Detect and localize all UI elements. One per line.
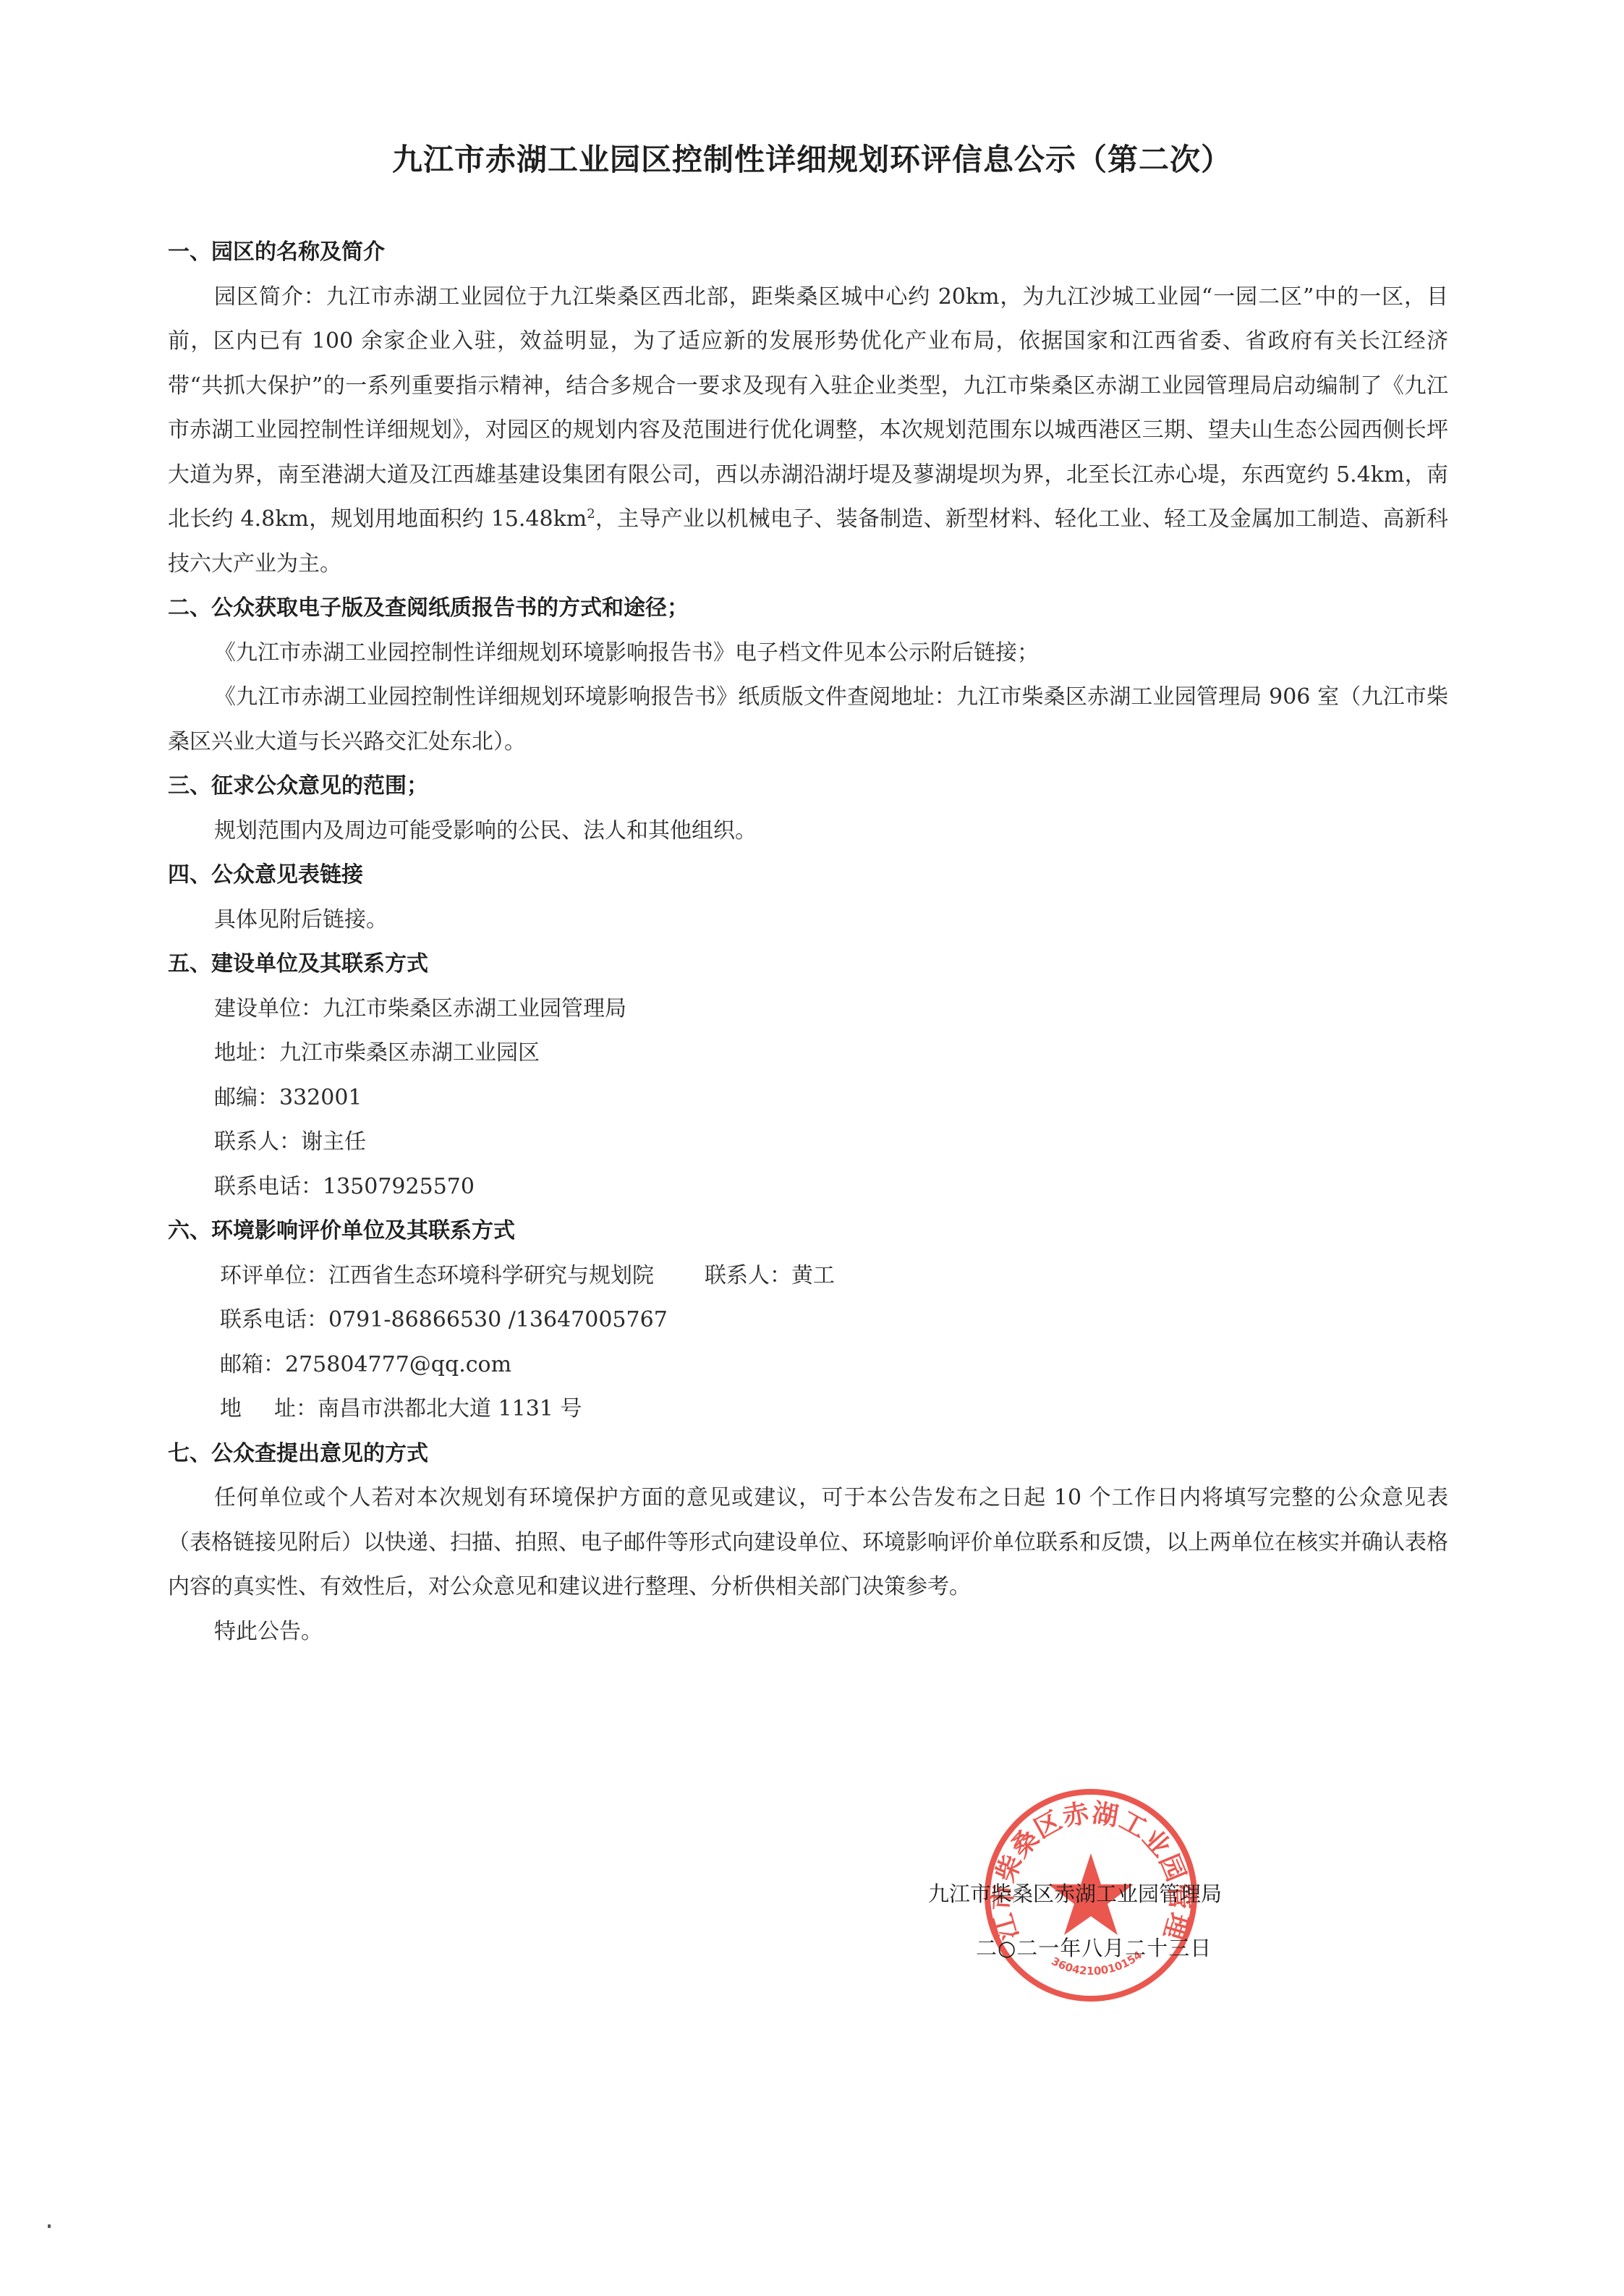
eia-unit-line: 环评单位：江西省生态环境科学研究与规划院联系人：黄工 [168, 1254, 1448, 1298]
feedback-paragraph: 任何单位或个人若对本次规划有环境保护方面的意见或建议，可于本公告发布之日起 10… [168, 1476, 1448, 1610]
eia-unit: 环评单位：江西省生态环境科学研究与规划院 [220, 1263, 654, 1288]
section-heading-6: 六、环境影响评价单位及其联系方式 [168, 1209, 1448, 1254]
builder-address: 地址：九江市柴桑区赤湖工业园区 [168, 1031, 1448, 1076]
eia-email: 邮箱：275804777@qq.com [168, 1343, 1448, 1387]
eia-address-line: 地址：南昌市洪都北大道 1131 号 [168, 1387, 1448, 1432]
area-superscript: 2 [587, 506, 595, 522]
builder-contact: 联系人：谢主任 [168, 1120, 1448, 1165]
form-link-paragraph: 具体见附后链接。 [168, 898, 1448, 943]
eia-contact: 联系人：黄工 [705, 1263, 835, 1288]
signature-date: 二○二一年八月二十三日 [928, 1932, 1222, 1962]
section-heading-2: 二、公众获取电子版及查阅纸质报告书的方式和途径； [168, 586, 1448, 631]
section-heading-1: 一、园区的名称及简介 [168, 230, 1448, 275]
eia-address: 址：南昌市洪都北大道 1131 号 [274, 1396, 582, 1421]
signature-organization: 九江市柴桑区赤湖工业园管理局 [928, 1878, 1222, 1908]
section-heading-5: 五、建设单位及其联系方式 [168, 942, 1448, 987]
closing-remark: 特此公告。 [168, 1610, 1448, 1654]
builder-phone: 联系电话：13507925570 [168, 1165, 1448, 1209]
electronic-report-paragraph: 《九江市赤湖工业园控制性详细规划环境影响报告书》电子档文件见本公示附后链接； [168, 631, 1448, 676]
section-heading-4: 四、公众意见表链接 [168, 853, 1448, 898]
signature-block: 九江市柴桑区赤湖工业园管理局 二○二一年八月二十三日 [928, 1878, 1222, 1962]
builder-postcode: 邮编：332001 [168, 1076, 1448, 1121]
paper-report-paragraph: 《九江市赤湖工业园控制性详细规划环境影响报告书》纸质版文件查阅地址：九江市柴桑区… [168, 675, 1448, 764]
eia-phone: 联系电话：0791-86866530 /13647005767 [168, 1298, 1448, 1343]
document-body: 一、园区的名称及简介 园区简介：九江市赤湖工业园位于九江柴桑区西北部，距柴桑区城… [168, 230, 1448, 1654]
page-title: 九江市赤湖工业园区控制性详细规划环评信息公示（第二次） [0, 136, 1624, 179]
eia-address-label: 地 [220, 1396, 242, 1421]
park-intro-text: 园区简介：九江市赤湖工业园位于九江柴桑区西北部，距柴桑区城中心约 20km，为九… [168, 284, 1448, 532]
park-intro-paragraph: 园区简介：九江市赤湖工业园位于九江柴桑区西北部，距柴桑区城中心约 20km，为九… [168, 275, 1448, 587]
scope-paragraph: 规划范围内及周边可能受影响的公民、法人和其他组织。 [168, 809, 1448, 854]
scan-artifact [48, 2224, 51, 2228]
section-heading-3: 三、征求公众意见的范围； [168, 764, 1448, 809]
builder-unit: 建设单位：九江市柴桑区赤湖工业园管理局 [168, 987, 1448, 1032]
section-heading-7: 七、公众查提出意见的方式 [168, 1432, 1448, 1476]
